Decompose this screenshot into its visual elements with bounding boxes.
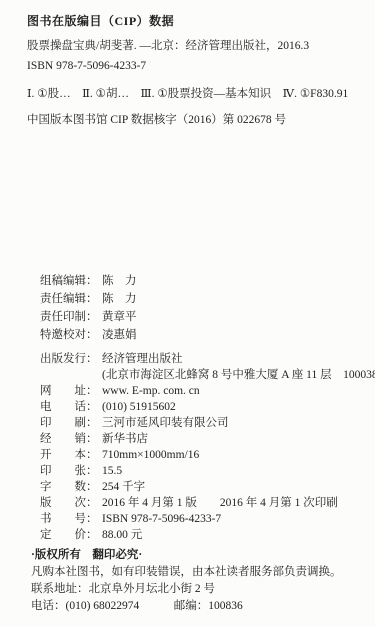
pub-row-label: 印 张：: [40, 463, 102, 479]
cip-block: 图书在版编目（CIP）数据 股票操盘宝典/胡斐著. —北京：经济管理出版社，20…: [0, 0, 375, 128]
pub-row-price: 定 价：88.00 元: [40, 527, 375, 543]
staff-row: 组稿编辑：陈 力: [40, 272, 375, 290]
copyright-notice: ·版权所有 翻印必究·: [31, 547, 375, 564]
contact-address: 联系地址：北京阜外月坛北小街 2 号: [31, 581, 375, 598]
staff-row: 责任编辑：陈 力: [40, 290, 375, 308]
pub-row-value: 254 千字: [102, 479, 145, 495]
pub-row-phone: 电 话：(010) 51915602: [40, 399, 375, 415]
pub-row-label: 经 销：: [40, 431, 102, 447]
pub-row-format: 开 本：710mm×1000mm/16: [40, 447, 375, 463]
pub-row-value: 88.00 元: [102, 527, 142, 543]
pub-row-sheets: 印 张：15.5: [40, 463, 375, 479]
staff-row-value: 陈 力: [102, 290, 137, 308]
pub-row-word-count: 字 数：254 千字: [40, 479, 375, 495]
pub-row-edition: 版 次：2016 年 4 月第 1 版 2016 年 4 月第 1 次印刷: [40, 495, 375, 511]
pub-row-label: 定 价：: [40, 527, 102, 543]
pub-row-distributor: 经 销：新华书店: [40, 431, 375, 447]
pub-row-printer: 印 刷：三河市延风印装有限公司: [40, 415, 375, 431]
publication-info-block: 出版发行：经济管理出版社 (北京市海淀区北蜂窝 8 号中雅大厦 A 座 11 层…: [0, 351, 375, 543]
staff-row-label: 组稿编辑：: [40, 272, 102, 290]
pub-row-value: 2016 年 4 月第 1 版 2016 年 4 月第 1 次印刷: [102, 495, 338, 511]
cip-registry-line: 中国版本图书馆 CIP 数据核字（2016）第 022678 号: [27, 113, 355, 128]
staff-row: 责任印制：黄章平: [40, 308, 375, 326]
pub-row-value: 710mm×1000mm/16: [102, 447, 199, 463]
staff-row-label: 特邀校对：: [40, 326, 102, 344]
copyright-notice-block: ·版权所有 翻印必究· 凡购本社图书，如有印装错误，由本社读者服务部负责调换。 …: [0, 547, 375, 615]
pub-row-label: 书 号：: [40, 511, 102, 527]
pub-row-value: 三河市延风印装有限公司: [102, 415, 229, 431]
copyright-page: 图书在版编目（CIP）数据 股票操盘宝典/胡斐著. —北京：经济管理出版社，20…: [0, 0, 375, 627]
pub-row-value: 经济管理出版社: [102, 351, 183, 367]
pub-row-website: 网 址：www. E-mp. com. cn: [40, 383, 375, 399]
pub-row-book-number: 书 号：ISBN 978-7-5096-4233-7: [40, 511, 375, 527]
pub-row-label: 出版发行：: [40, 351, 102, 367]
staff-row-label: 责任印制：: [40, 308, 102, 326]
pub-row-label: 网 址：: [40, 383, 102, 399]
pub-row-value: (010) 51915602: [102, 399, 176, 415]
pub-row-label: 电 话：: [40, 399, 102, 415]
pub-row-label: 印 刷：: [40, 415, 102, 431]
pub-row-value: ISBN 978-7-5096-4233-7: [102, 511, 221, 527]
contact-phone-postcode: 电话：(010) 68022974 邮编：100836: [31, 598, 375, 615]
cip-classification-line: Ⅰ. ①股… Ⅱ. ①胡… Ⅲ. ①股票投资—基本知识 Ⅳ. ①F830.91: [27, 87, 355, 102]
pub-row-publisher: 出版发行：经济管理出版社: [40, 351, 375, 367]
staff-row: 特邀校对：凌惠娟: [40, 326, 375, 344]
pub-row-label: 版 次：: [40, 495, 102, 511]
pub-row-label: 字 数：: [40, 479, 102, 495]
pub-row-label: 开 本：: [40, 447, 102, 463]
cip-title-line: 股票操盘宝典/胡斐著. —北京：经济管理出版社，2016.3: [27, 39, 355, 54]
pub-row-value: (北京市海淀区北蜂窝 8 号中雅大厦 A 座 11 层 100038): [102, 367, 375, 383]
pub-row-value: 新华书店: [102, 431, 148, 447]
pub-row-publisher-address: (北京市海淀区北蜂窝 8 号中雅大厦 A 座 11 层 100038): [40, 367, 375, 383]
pub-row-value: 15.5: [102, 463, 122, 479]
cip-heading: 图书在版编目（CIP）数据: [27, 12, 355, 29]
exchange-notice: 凡购本社图书，如有印装错误，由本社读者服务部负责调换。: [31, 564, 375, 581]
pub-row-value: www. E-mp. com. cn: [102, 383, 200, 399]
cip-isbn-line: ISBN 978-7-5096-4233-7: [27, 59, 355, 74]
staff-row-value: 黄章平: [102, 308, 137, 326]
editorial-staff-block: 组稿编辑：陈 力 责任编辑：陈 力 责任印制：黄章平 特邀校对：凌惠娟: [0, 272, 375, 344]
staff-row-value: 凌惠娟: [102, 326, 137, 344]
staff-row-value: 陈 力: [102, 272, 137, 290]
staff-row-label: 责任编辑：: [40, 290, 102, 308]
